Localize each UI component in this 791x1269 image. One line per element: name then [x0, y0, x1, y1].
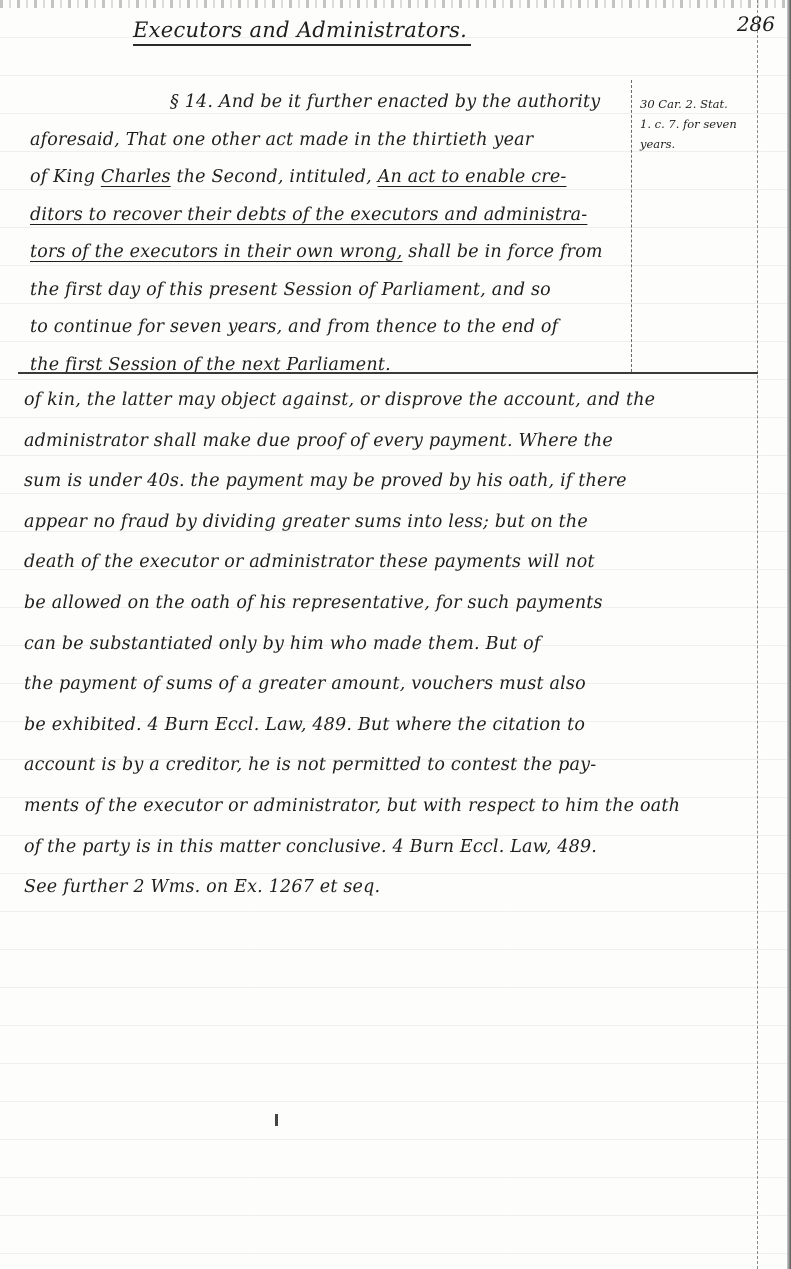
text-line: ments of the executor or administrator, … — [24, 786, 764, 827]
text-line: the first day of this present Session of… — [30, 272, 630, 310]
section-divider — [18, 372, 758, 374]
text-line: the first Session of the next Parliament… — [30, 347, 630, 385]
text-line: account is by a creditor, he is not perm… — [24, 745, 764, 786]
section-14-text: § 14. And be it further enacted by the a… — [30, 84, 630, 384]
text-line: of King Charles the Second, intituled, A… — [30, 159, 630, 197]
text-line: to continue for seven years, and from th… — [30, 309, 630, 347]
text-line: See further 2 Wms. on Ex. 1267 et seq. — [24, 867, 764, 908]
margin-divider-line — [631, 80, 632, 372]
text-line: administrator shall make due proof of ev… — [24, 421, 764, 462]
underlined-act-title-line: ditors to recover their debts of the exe… — [30, 197, 630, 235]
underlined-act-title: An act to enable cre- — [378, 167, 567, 187]
text-line: aforesaid, That one other act made in th… — [30, 122, 630, 160]
margin-note-line: years. — [640, 134, 760, 154]
text-span: of King — [30, 167, 101, 187]
text-line: of kin, the latter may object against, o… — [24, 380, 764, 421]
text-line: tors of the executors in their own wrong… — [30, 234, 630, 272]
margin-note: 30 Car. 2. Stat. 1. c. 7. for seven year… — [640, 94, 760, 154]
text-line: the payment of sums of a greater amount,… — [24, 664, 764, 705]
text-line: can be substantiated only by him who mad… — [24, 624, 764, 665]
text-line: § 14. And be it further enacted by the a… — [30, 84, 630, 122]
text-line: appear no fraud by dividing greater sums… — [24, 502, 764, 543]
text-span: the Second, intituled, — [171, 167, 378, 187]
manuscript-page: Executors and Administrators. 286 § 14. … — [0, 0, 791, 1269]
text-line: sum is under 40s. the payment may be pro… — [24, 461, 764, 502]
margin-note-line: 30 Car. 2. Stat. — [640, 94, 760, 114]
underlined-act-title-end: tors of the executors in their own wrong… — [30, 242, 403, 262]
text-line: be exhibited. 4 Burn Eccl. Law, 489. But… — [24, 705, 764, 746]
page-title: Executors and Administrators. — [133, 18, 471, 46]
underlined-name: Charles — [101, 167, 171, 187]
text-line: death of the executor or administrator t… — [24, 542, 764, 583]
page-number: 286 — [737, 12, 775, 36]
scan-right-edge — [787, 0, 791, 1269]
ink-mark — [275, 1114, 278, 1126]
scan-edge-noise — [0, 0, 791, 8]
margin-note-line: 1. c. 7. for seven — [640, 114, 760, 134]
text-line: be allowed on the oath of his representa… — [24, 583, 764, 624]
text-span: shall be in force from — [403, 242, 603, 262]
text-line: of the party is in this matter conclusiv… — [24, 827, 764, 868]
continuation-text: of kin, the latter may object against, o… — [24, 380, 764, 908]
